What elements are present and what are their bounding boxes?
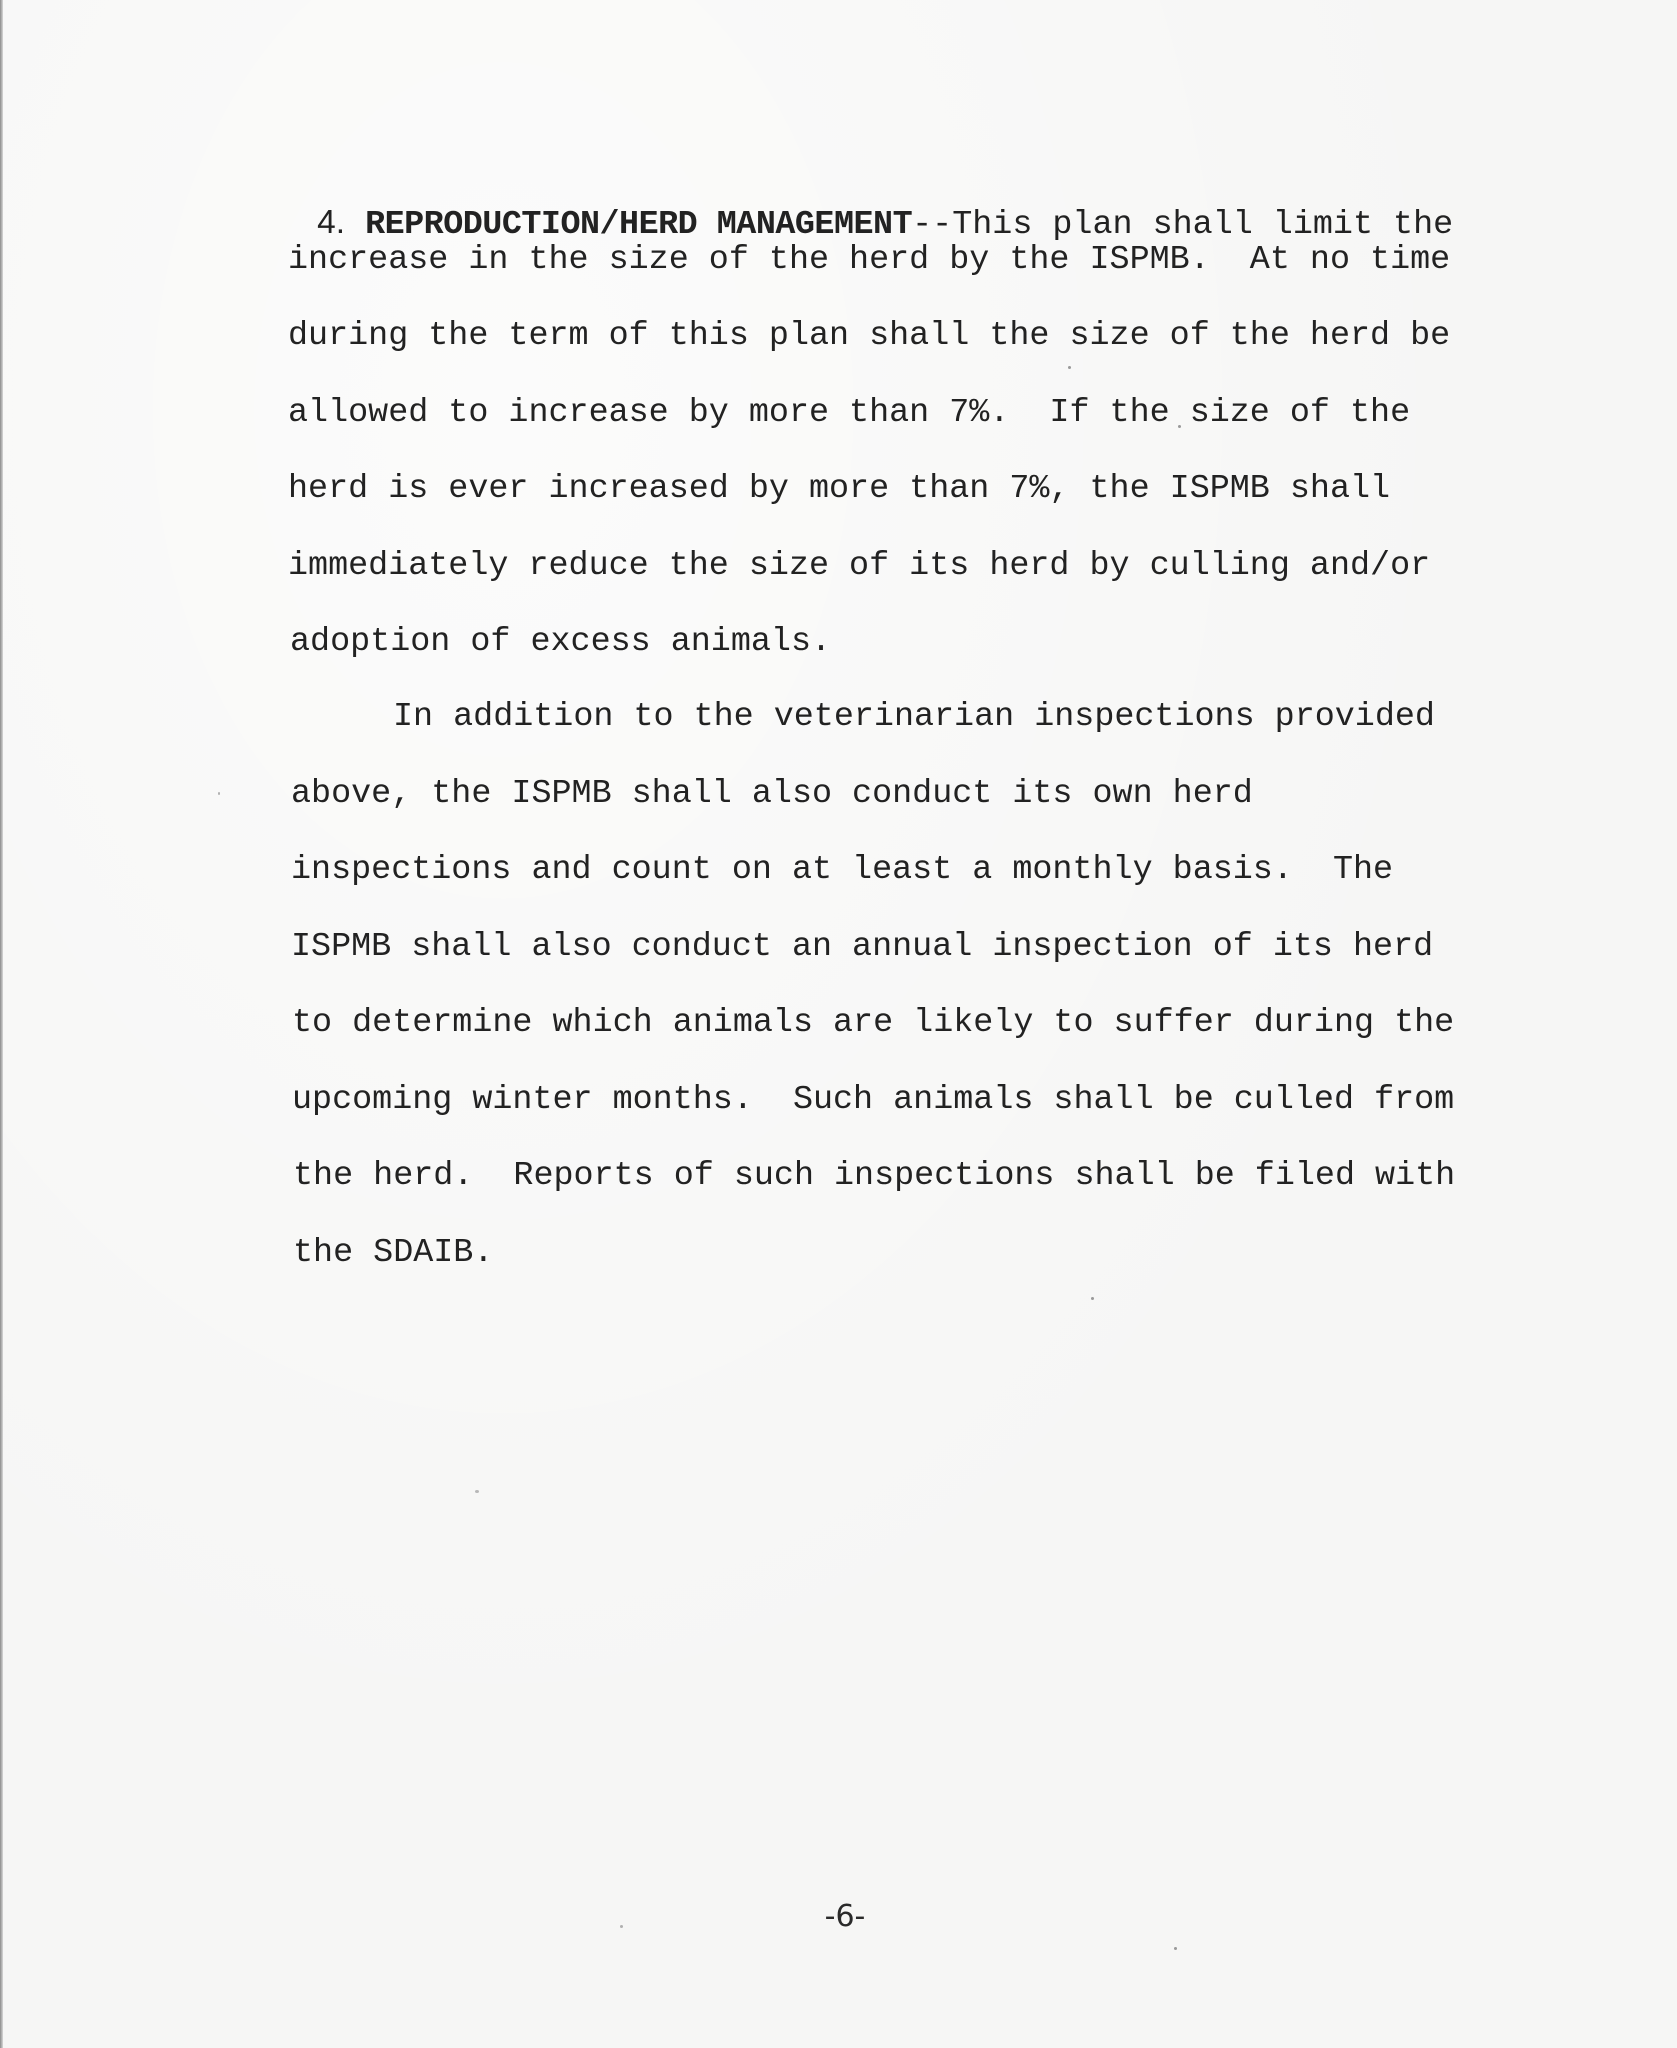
paragraph-2-line: the SDAIB. xyxy=(293,1237,493,1270)
paragraph-2-line: above, the ISPMB shall also conduct its … xyxy=(291,778,1253,811)
paragraph-1-line: herd is ever increased by more than 7%, … xyxy=(288,473,1390,506)
paragraph-1-line: increase in the size of the herd by the … xyxy=(288,244,1450,277)
section-number: 4. xyxy=(317,204,345,241)
scan-speck xyxy=(1091,1297,1094,1300)
paragraph-2-line: In addition to the veterinarian inspecti… xyxy=(393,701,1435,734)
paragraph-2-line: inspections and count on at least a mont… xyxy=(291,854,1393,887)
section-heading: REPRODUCTION/HERD MANAGEMENT xyxy=(365,206,912,244)
scan-speck xyxy=(475,1490,479,1493)
scan-speck xyxy=(620,1925,623,1928)
paragraph-1-line: adoption of excess animals. xyxy=(290,626,831,659)
scan-speck xyxy=(218,792,220,795)
paragraph-1-line: immediately reduce the size of its herd … xyxy=(288,550,1430,583)
section-heading-suffix: --This plan shall limit the xyxy=(912,206,1453,244)
scanned-page: 4. REPRODUCTION/HERD MANAGEMENT--This pl… xyxy=(0,0,1677,2048)
paragraph-2-line: ISPMB shall also conduct an annual inspe… xyxy=(291,931,1433,964)
paragraph-2-line: upcoming winter months. Such animals sha… xyxy=(292,1084,1454,1117)
scan-edge xyxy=(0,0,3,2048)
scan-speck xyxy=(1068,366,1071,369)
page-number: -6- xyxy=(0,1902,1677,1932)
scan-speck xyxy=(1174,1947,1177,1950)
paragraph-1-line: during the term of this plan shall the s… xyxy=(288,320,1450,353)
paragraph-1-line: allowed to increase by more than 7%. If … xyxy=(288,397,1410,430)
paragraph-2-line: the herd. Reports of such inspections sh… xyxy=(293,1160,1455,1193)
scan-speck xyxy=(1178,425,1181,428)
paragraph-2-line: to determine which animals are likely to… xyxy=(292,1007,1454,1040)
